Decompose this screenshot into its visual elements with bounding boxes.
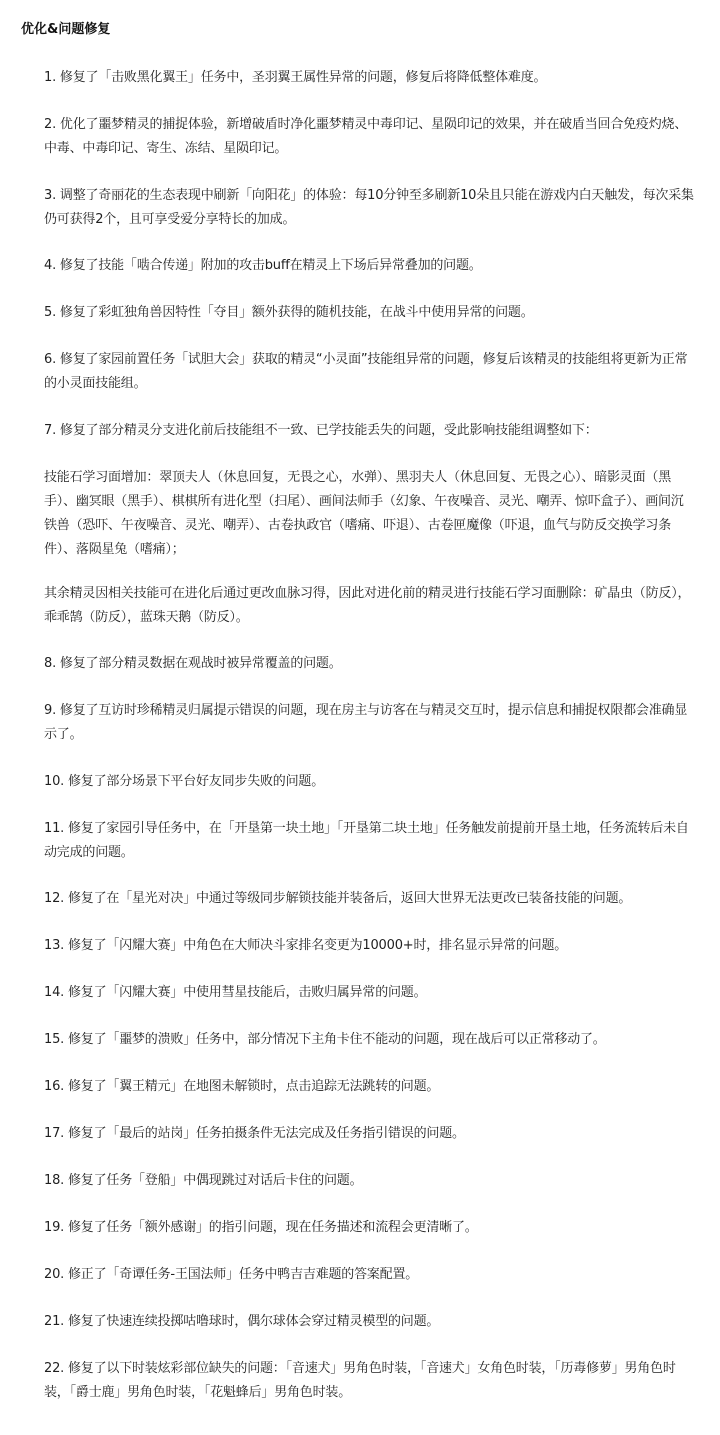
fix-item-8: 8. 修复了部分精灵数据在观战时被异常覆盖的问题。 — [44, 652, 694, 676]
fix-item-9: 9. 修复了互访时珍稀精灵归属提示错误的问题，现在房主与访客在与精灵交互时，提示… — [44, 699, 694, 747]
fix-item-11: 11. 修复了家园引导任务中，在「开垦第一块土地」「开垦第二块土地」任务触发前提… — [44, 817, 694, 865]
fix-item-7: 7. 修复了部分精灵分支进化前后技能组不一致、已学技能丢失的问题，受此影响技能组… — [44, 419, 694, 443]
fix-item-2: 2. 优化了噩梦精灵的捕捉体验，新增破盾时净化噩梦精灵中毒印记、星陨印记的效果，… — [44, 113, 694, 161]
fix-item-12: 12. 修复了在「星光对决」中通过等级同步解锁技能并装备后，返回大世界无法更改已… — [44, 887, 694, 911]
section-title: 优化&问题修复 — [21, 20, 110, 40]
fix-item-3: 3. 调整了奇丽花的生态表现中刷新「向阳花」的体验：每10分钟至多刷新10朵且只… — [44, 184, 694, 232]
fix-item-22: 22. 修复了以下时装炫彩部位缺失的问题：「音速犬」男角色时装，「音速犬」女角色… — [44, 1357, 694, 1405]
fix-item-21: 21. 修复了快速连续投掷咕噜球时，偶尔球体会穿过精灵模型的问题。 — [44, 1310, 694, 1334]
fix-item-13: 13. 修复了「闪耀大赛」中角色在大师决斗家排名变更为10000+时，排名显示异… — [44, 934, 694, 958]
fix-item-5: 5. 修复了彩虹独角兽因特性「夺目」额外获得的随机技能，在战斗中使用异常的问题。 — [44, 301, 694, 325]
fix-item-10: 10. 修复了部分场景下平台好友同步失败的问题。 — [44, 770, 694, 794]
fix-item-16: 16. 修复了「翼王精元」在地图未解锁时，点击追踪无法跳转的问题。 — [44, 1075, 694, 1099]
fix-item-6: 6. 修复了家园前置任务「试胆大会」获取的精灵“小灵面”技能组异常的问题，修复后… — [44, 348, 694, 396]
fix-item-19: 19. 修复了任务「额外感谢」的指引问题，现在任务描述和流程会更清晰了。 — [44, 1216, 694, 1240]
fix-item-1: 1. 修复了「击败黑化翼王」任务中，圣羽翼王属性异常的问题，修复后将降低整体难度… — [44, 66, 694, 90]
fix-item-14: 14. 修复了「闪耀大赛」中使用彗星技能后，击败归属异常的问题。 — [44, 981, 694, 1005]
fix-item-20: 20. 修正了「奇谭任务-王国法师」任务中鸭吉吉难题的答案配置。 — [44, 1263, 694, 1287]
skill-stone-additions: 技能石学习面增加：翠顶夫人（休息回复，无畏之心，水弹）、黑羽夫人（休息回复、无畏… — [44, 466, 694, 562]
fix-item-15: 15. 修复了「噩梦的溃败」任务中，部分情况下主角卡住不能动的问题，现在战后可以… — [44, 1028, 694, 1052]
fix-item-18: 18. 修复了任务「登船」中偶现跳过对话后卡住的问题。 — [44, 1169, 694, 1193]
fix-item-17: 17. 修复了「最后的站岗」任务拍摄条件无法完成及任务指引错误的问题。 — [44, 1122, 694, 1146]
skill-stone-removals: 其余精灵因相关技能可在进化后通过更改血脉习得，因此对进化前的精灵进行技能石学习面… — [44, 582, 694, 630]
fix-item-4: 4. 修复了技能「啮合传递」附加的攻击buff在精灵上下场后异常叠加的问题。 — [44, 254, 694, 278]
